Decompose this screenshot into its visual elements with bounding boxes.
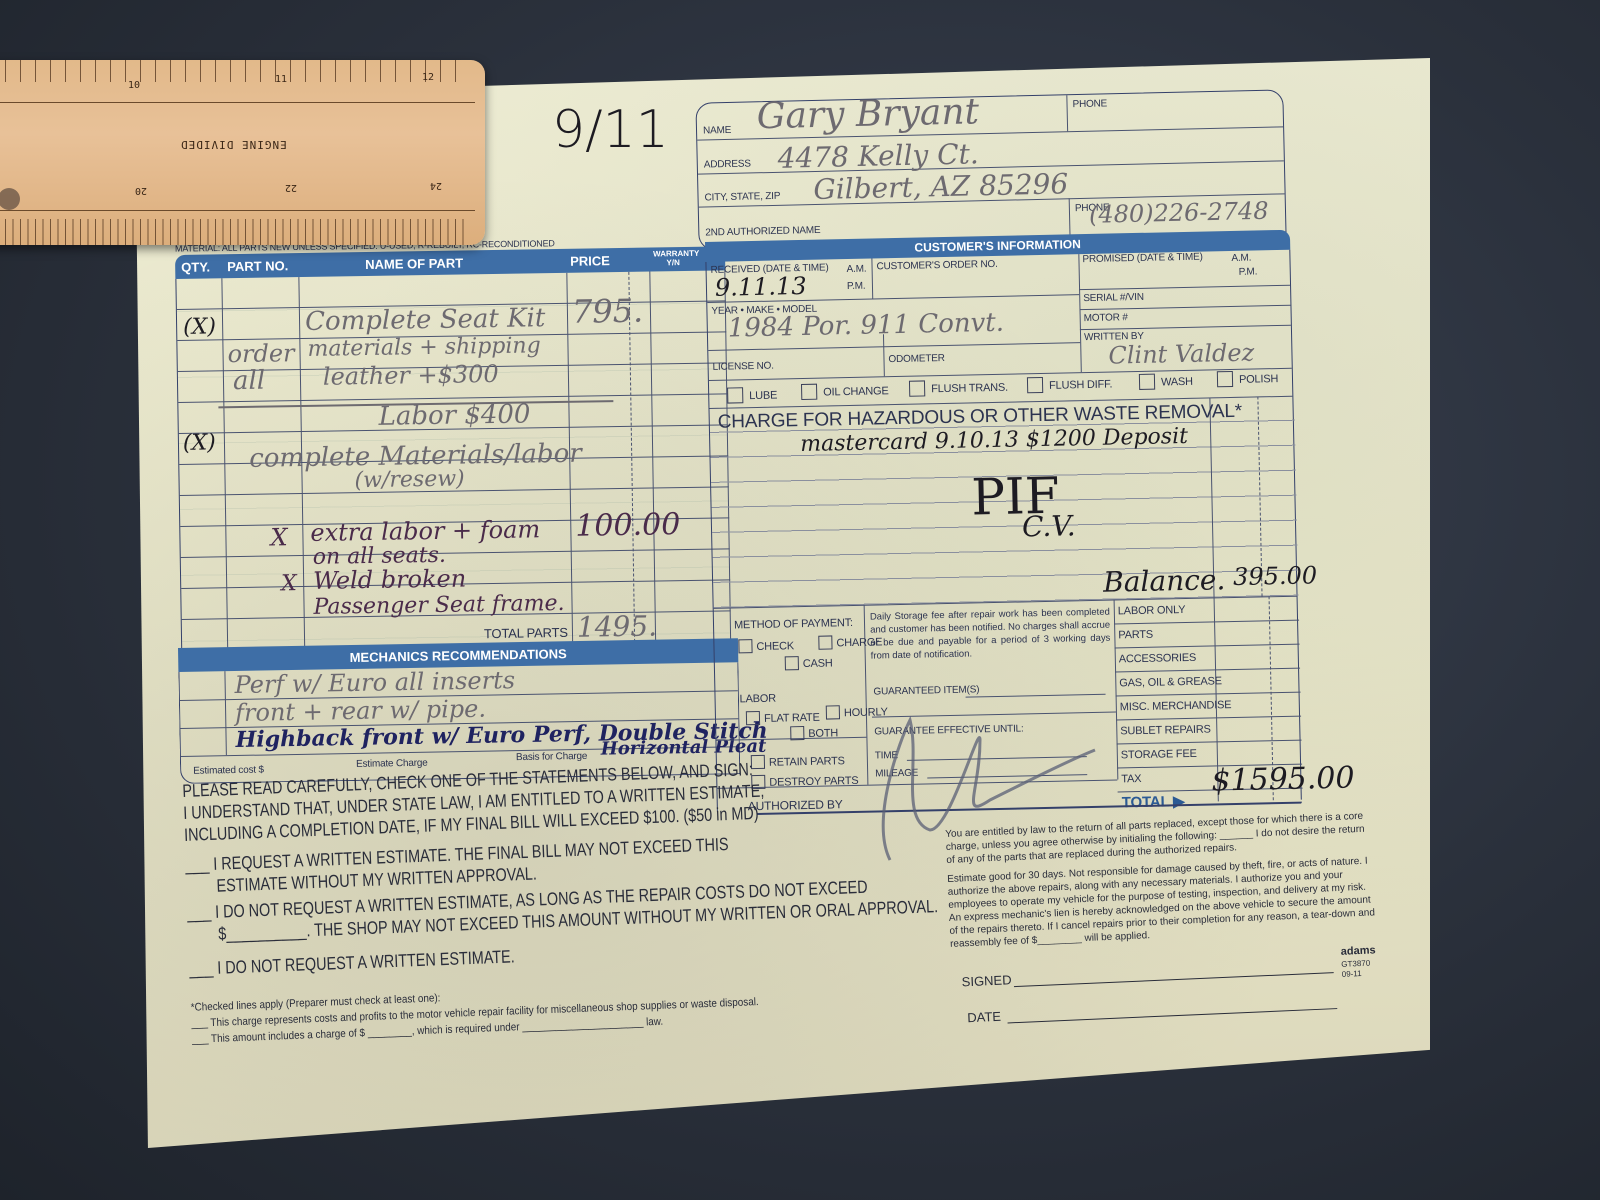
- city-state-zip-label: CITY, STATE, ZIP: [704, 191, 780, 204]
- ruler-number: 24: [430, 180, 442, 191]
- flat-rate-label: FLAT RATE: [764, 712, 820, 725]
- part-no-header: PART NO.: [227, 258, 288, 274]
- oil-change-label: OIL CHANGE: [823, 385, 889, 398]
- form-date: 09-11: [1342, 969, 1362, 979]
- parts-return-and-authorization: You are entitled by law to the return of…: [945, 809, 1384, 1041]
- row-name: leather +$300: [323, 360, 499, 391]
- date-line[interactable]: [1008, 1008, 1338, 1023]
- polish-checkbox[interactable]: [1217, 371, 1233, 387]
- address-label: ADDRESS: [704, 158, 751, 170]
- written-by-field[interactable]: Clint Valdez: [1108, 339, 1254, 370]
- oil-change-checkbox[interactable]: [801, 384, 817, 400]
- row-name: (w/resew): [354, 466, 464, 493]
- ruler-number: 20: [135, 185, 147, 196]
- ruler-brand: ENGINE DIVIDED: [180, 138, 287, 151]
- wooden-ruler: 10 11 12 ENGINE DIVIDED 20 22 24: [0, 60, 485, 245]
- estimate-charge-label: Estimate Charge: [356, 758, 428, 770]
- row-name: Passenger Seat frame.: [313, 591, 564, 620]
- row-price: 795.: [572, 292, 644, 331]
- authorization-text: Estimate good for 30 days. Not responsib…: [947, 854, 1380, 951]
- parts-label: PARTS: [1118, 629, 1153, 642]
- row-part-no: order: [227, 339, 294, 368]
- total-parts-value: 1495.: [577, 609, 658, 643]
- promised-am: A.M.: [1231, 253, 1251, 264]
- received-am: A.M.: [846, 264, 866, 275]
- balance-label: Balance.: [1103, 563, 1226, 599]
- signed-line[interactable]: [1014, 972, 1334, 987]
- promised-label: PROMISED (DATE & TIME): [1082, 252, 1202, 266]
- odometer-label: ODOMETER: [888, 353, 944, 365]
- storage-fee-label: STORAGE FEE: [1121, 748, 1197, 762]
- flush-trans-label: FLUSH TRANS.: [931, 382, 1008, 396]
- labor-only-label: LABOR ONLY: [1118, 604, 1186, 617]
- storage-fee-text: Daily Storage fee after repair work has …: [870, 606, 1111, 663]
- name-label: NAME: [703, 125, 731, 137]
- total-value: $1595.00: [1211, 761, 1355, 799]
- writer-initials: C.V.: [1022, 509, 1076, 543]
- lube-checkbox[interactable]: [727, 387, 743, 403]
- flush-trans-checkbox[interactable]: [909, 380, 925, 396]
- qty-header: QTY.: [181, 259, 210, 274]
- flush-diff-checkbox[interactable]: [1027, 377, 1043, 393]
- ruler-ticks-top: [0, 60, 465, 82]
- wash-checkbox[interactable]: [1139, 374, 1155, 390]
- second-authorized-name-label: 2ND AUTHORIZED NAME: [705, 225, 820, 239]
- row-name: Labor $400: [378, 399, 530, 431]
- ruler-number: 11: [275, 74, 287, 85]
- name-of-part-header: NAME OF PART: [365, 255, 463, 272]
- ruler-number: 10: [128, 80, 140, 91]
- parts-table: QTY. PART NO. NAME OF PART PRICE WARRANT…: [175, 246, 731, 665]
- date-label: DATE: [967, 1009, 1001, 1025]
- ruler-stain: [0, 188, 20, 210]
- payment-method-label: METHOD OF PAYMENT:: [734, 617, 853, 631]
- check-checkbox[interactable]: [738, 639, 752, 653]
- city-state-zip-field[interactable]: Gilbert, AZ 85296: [813, 167, 1069, 206]
- cash-label: CASH: [803, 657, 833, 670]
- labor-label: LABOR: [739, 693, 776, 706]
- row-name: Complete Seat Kit: [305, 303, 546, 337]
- accessories-label: ACCESSORIES: [1119, 652, 1197, 666]
- tax-label: TAX: [1121, 773, 1141, 785]
- both-checkbox[interactable]: [790, 726, 804, 740]
- total-parts-label: TOTAL PARTS: [484, 625, 568, 641]
- polish-label: POLISH: [1239, 373, 1278, 386]
- row-part-no: all: [233, 366, 266, 397]
- customer-order-no-label: CUSTOMER'S ORDER NO.: [876, 259, 997, 273]
- row-name: Weld broken: [313, 564, 466, 594]
- ruler-ticks-bottom: [0, 219, 465, 245]
- flush-diff-label: FLUSH DIFF.: [1049, 379, 1112, 392]
- gas-oil-grease-label: GAS, OIL & GREASE: [1119, 675, 1222, 689]
- signed-label: SIGNED: [961, 972, 1011, 989]
- ruler-number: 12: [422, 72, 434, 83]
- balance-value: 395.00: [1233, 561, 1318, 591]
- year-make-model-field[interactable]: 1984 Por. 911 Convt.: [728, 308, 1005, 344]
- motor-label: MOTOR #: [1084, 312, 1128, 324]
- customer-contact-box: NAME Gary Bryant PHONE ADDRESS 4478 Kell…: [695, 89, 1286, 250]
- check-label: CHECK: [756, 640, 794, 653]
- name-field[interactable]: Gary Bryant: [756, 91, 979, 137]
- form-code: GT3870: [1341, 959, 1370, 969]
- warranty-header: WARRANTY Y/N: [653, 249, 693, 268]
- phone-label: PHONE: [1072, 98, 1107, 110]
- wash-label: WASH: [1161, 376, 1193, 389]
- cash-checkbox[interactable]: [785, 656, 799, 670]
- misc-merchandise-label: MISC. MERCHANDISE: [1120, 699, 1232, 713]
- serial-vin-label: SERIAL #/VIN: [1083, 292, 1144, 304]
- sublet-repairs-label: SUBLET REPAIRS: [1120, 724, 1211, 738]
- row-qty: (X): [183, 430, 216, 456]
- promised-pm: P.M.: [1239, 266, 1258, 277]
- lube-label: LUBE: [749, 390, 777, 403]
- total-label: TOTAL ▶: [1122, 792, 1185, 811]
- row-qty: (X): [183, 314, 216, 340]
- charge-checkbox[interactable]: [818, 635, 832, 649]
- row-price: 100.00: [575, 507, 681, 544]
- flat-rate-checkbox[interactable]: [746, 711, 760, 725]
- top-date-note: 9/11: [552, 100, 669, 160]
- received-pm: P.M.: [847, 281, 866, 292]
- license-no-label: LICENSE NO.: [713, 361, 774, 373]
- guaranteed-items-label: GUARANTEED ITEM(S): [873, 684, 979, 697]
- ruler-number: 22: [285, 182, 297, 193]
- basis-for-charge-label: Basis for Charge: [516, 751, 587, 763]
- phone2-field[interactable]: (480)226-2748: [1089, 197, 1269, 229]
- adams-logo: adams: [1341, 944, 1376, 958]
- row-name: materials + shipping: [307, 333, 541, 362]
- price-header: PRICE: [570, 253, 610, 269]
- row-part-no: X: [270, 523, 288, 551]
- totals-table: LABOR ONLY PARTS ACCESSORIES GAS, OIL & …: [1114, 596, 1303, 804]
- recommendation-line: front + rear w/ pipe.: [235, 695, 486, 727]
- written-estimate-statement: PLEASE READ CAREFULLY, CHECK ONE OF THE …: [182, 751, 952, 1048]
- estimated-cost-label: Estimated cost $: [193, 765, 264, 777]
- received-date-field[interactable]: 9.11.13: [715, 272, 807, 302]
- row-part-no: X: [281, 571, 297, 596]
